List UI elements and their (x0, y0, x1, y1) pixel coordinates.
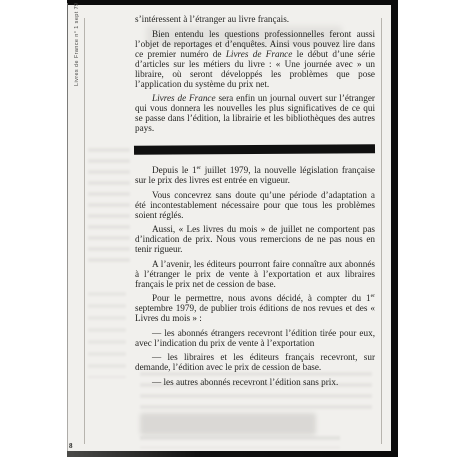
spine-caption: Livres de France n° 1 sept 79 (74, 14, 83, 86)
paragraph: Livres de France sera enfin un journal o… (135, 93, 375, 133)
paragraph: Bien entendu les questions professionnel… (135, 29, 375, 89)
list-item: — les autres abonnés recevront l’édition… (135, 377, 375, 387)
article-body: s’intéressent à l’étranger au livre fran… (135, 14, 375, 391)
paragraph: Pour le permettre, nous avons décidé, à … (135, 293, 375, 323)
redacted-heading-bar (134, 144, 375, 154)
scan-edge-bottom (67, 451, 398, 457)
scan-edge-top (67, 0, 398, 5)
column-rule-right (381, 18, 382, 444)
column-rule-left (84, 18, 85, 444)
scan-edge-right (391, 0, 398, 456)
paragraph: A l’avenir, les éditeurs pourront faire … (135, 259, 375, 289)
paragraph: s’intéressent à l’étranger au livre fran… (135, 14, 375, 24)
list-item: — les abonnés étrangers recevront l’édit… (135, 328, 375, 348)
paragraph: Depuis le 1er juillet 1979, la nouvelle … (135, 165, 375, 185)
paragraph: Vous concevrez sans doute qu’une période… (135, 190, 375, 220)
scan-edge-left (67, 3, 68, 451)
screenshot-root: Livres de France n° 1 sept 79 s’intéress… (0, 0, 458, 458)
paragraph: Aussi, « Les livres du mois » de juillet… (135, 224, 375, 254)
list-item: — les libraires et les éditeurs français… (135, 352, 375, 372)
page-number: 8 (69, 442, 73, 450)
